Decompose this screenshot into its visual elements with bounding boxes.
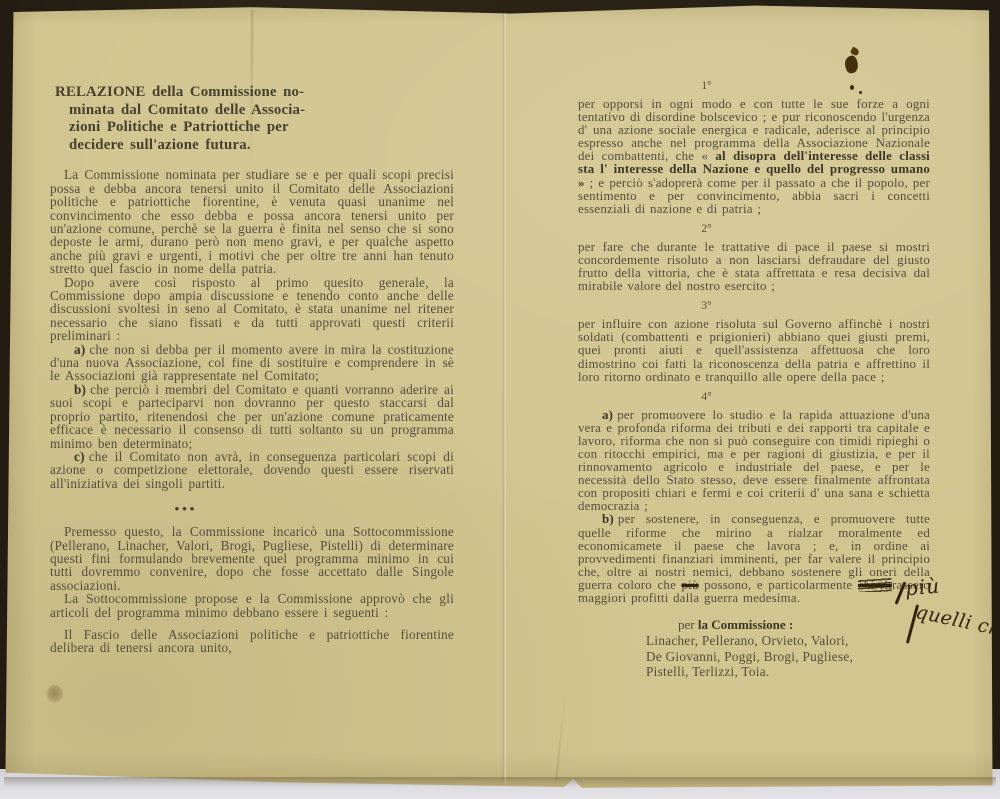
section-4-item-b: b)per sostenere, in conseguenza, e promu…: [578, 513, 930, 605]
item-text: che il Comitato non avrà, in conseguenza…: [50, 449, 454, 491]
section-1-text: per opporsi in ogni modo e con tutte le …: [578, 98, 930, 216]
section-1-post: ; e perciò s'adoprerà come per il passat…: [578, 176, 930, 216]
section-4-item-a: a)per promuovere lo studio e la rapida a…: [578, 409, 930, 514]
paragraph-fascio: Il Fascio delle Associazioni politiche e…: [50, 628, 454, 655]
scribbled-out-word: chi rit: [858, 578, 892, 592]
list-item-b: b)che perciò i membri del Comitato e qua…: [50, 383, 454, 450]
ink-blot: [843, 54, 861, 74]
document-title: RELAZIONE della Commissione no- minata d…: [50, 84, 413, 154]
scanned-document-page: RELAZIONE della Commissione no- minata d…: [0, 0, 1000, 799]
title-line: RELAZIONE della Commissione no-: [55, 84, 413, 102]
handwritten-word-piu: più: [904, 574, 941, 601]
paragraph-subcommittee: Premesso questo, la Commissione incaricò…: [50, 525, 454, 592]
title-line: minata dal Comitato delle Associa-: [69, 102, 413, 120]
signature-block: per la Commissione : Linacher, Pellerano…: [578, 617, 930, 680]
fold-crease-vertical-center: [502, 10, 507, 783]
section-number-1: 1°: [578, 80, 930, 92]
item-label: b): [602, 512, 618, 526]
list-item-a: a)che non si debba per il momento avere …: [50, 343, 454, 383]
left-column: RELAZIONE della Commissione no- minata d…: [50, 84, 454, 655]
item-text: per promuovere lo studio e la rapida att…: [578, 408, 930, 514]
fold-crease-bottom: [555, 688, 567, 780]
ink-speck: [850, 85, 854, 90]
paragraph-intro: La Commissione nominata per studiare se …: [50, 168, 454, 275]
section-number-3: 3°: [578, 300, 930, 312]
item-text: che non si debba per il momento avere in…: [50, 342, 454, 384]
list-item-c: c)che il Comitato non avrà, in conseguen…: [50, 450, 454, 490]
section-3-text: per influire con azione risoluta sul Gov…: [578, 318, 930, 383]
ink-speck: [859, 91, 862, 94]
signature-names-line: Pistelli, Terlizzi, Toia.: [646, 664, 930, 680]
item-text: che perciò i membri del Comitato e quant…: [50, 382, 454, 451]
section-separator-dots: •••: [50, 502, 454, 515]
signature-names-line: Linacher, Pellerano, Orvieto, Valori,: [646, 633, 930, 649]
title-line: zioni Politiche e Patriottiche per: [69, 119, 413, 137]
signature-heading-pre: per: [678, 617, 698, 632]
signature-names-line: De Giovanni, Poggi, Brogi, Pugliese,: [646, 649, 930, 665]
paragraph-approval: La Sottocommissione propose e la Commiss…: [50, 592, 454, 619]
item-text-mid: possono, e particolarmente: [699, 578, 858, 592]
stain-spot: [47, 685, 63, 703]
paragraph-criteria: Dopo avere così risposto al primo quesit…: [50, 276, 454, 343]
section-number-4: 4°: [578, 391, 930, 403]
paper-bottom-shadow: [4, 777, 996, 787]
struck-word: più: [682, 578, 699, 592]
item-label: a): [602, 408, 617, 422]
right-column: 1° per opporsi in ogni modo e con tutte …: [578, 80, 930, 680]
title-line: decidere sull'azione futura.: [69, 137, 413, 155]
paper-sheet: RELAZIONE della Commissione no- minata d…: [0, 0, 1000, 799]
signature-heading: per la Commissione :: [678, 617, 930, 633]
signature-heading-bold: la Commissione :: [698, 617, 793, 632]
section-2-text: per fare che durante le trattative di pa…: [578, 241, 930, 293]
section-number-2: 2°: [578, 223, 930, 235]
